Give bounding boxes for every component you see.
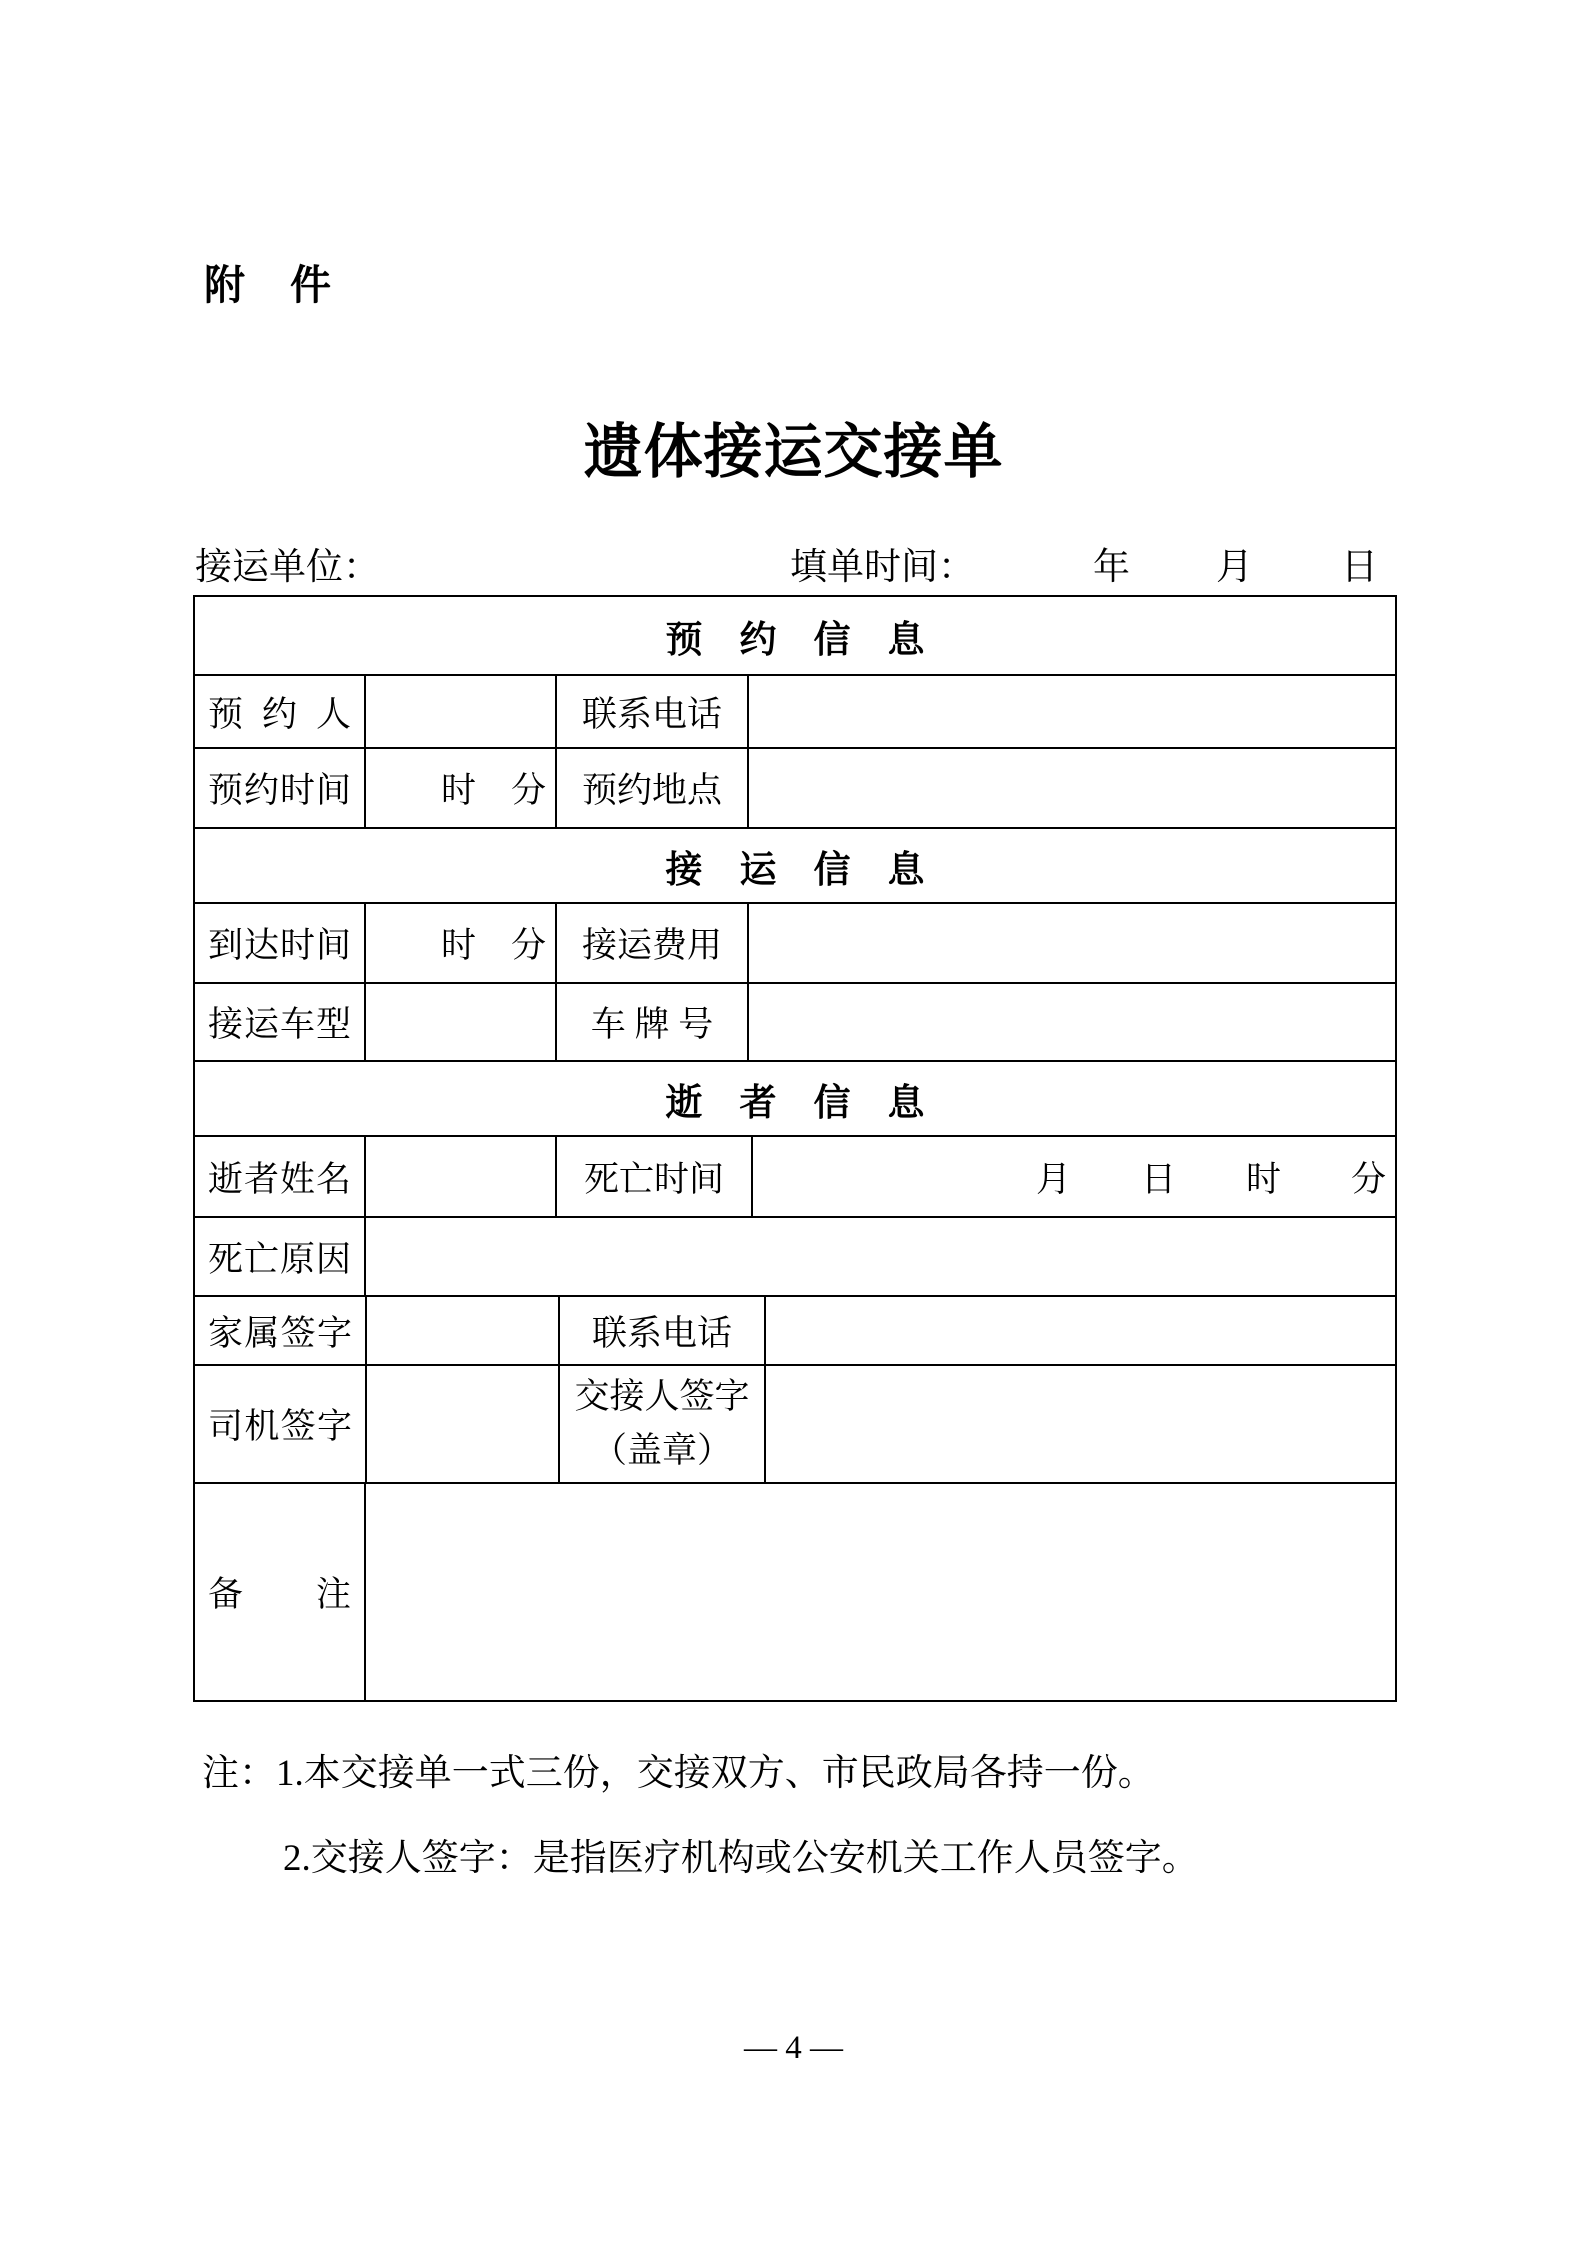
page-title: 遗体接运交接单: [0, 404, 1587, 489]
section-header-deceased: 逝 者 信 息: [195, 1062, 1395, 1135]
year-label: 年: [1093, 536, 1130, 590]
transport-fee-value-cell: [747, 904, 1395, 982]
handover-form-table: 预 约 信 息 预 约 人 联系电话 预约时间 时 分 预约地点 接 运 信 息…: [193, 595, 1397, 1702]
form-meta: 接运单位： 填单时间： 年 月 日: [0, 536, 1587, 588]
remarks-value-cell: [364, 1484, 1395, 1700]
row-booking-person: 预 约 人 联系电话: [195, 674, 1395, 747]
death-cause-value-cell: [364, 1218, 1395, 1295]
deceased-name-label: 逝者姓名: [195, 1152, 364, 1202]
section-row-transport: 接 运 信 息: [195, 827, 1395, 902]
transport-unit-label: 接运单位：: [195, 536, 380, 590]
row-booking-time: 预约时间 时 分 预约地点: [195, 747, 1395, 827]
vehicle-type-value-cell: [364, 984, 555, 1060]
vehicle-type-label-cell: 接运车型: [195, 984, 364, 1060]
section-row-deceased: 逝 者 信 息: [195, 1060, 1395, 1135]
booking-contact-value-cell: [747, 676, 1395, 747]
remarks-label: 备 注: [195, 1567, 364, 1617]
day-label: 日: [1341, 536, 1378, 590]
attachment-label: 附 件: [204, 252, 333, 311]
booking-time-label: 预约时间: [195, 763, 364, 813]
arrival-time-label: 到达时间: [195, 918, 364, 968]
family-phone-value-cell: [764, 1297, 1395, 1364]
booking-place-label: 预约地点: [555, 749, 747, 827]
arrival-time-label-cell: 到达时间: [195, 904, 364, 982]
fill-time-label: 填单时间：: [790, 536, 975, 590]
death-time-label: 死亡时间: [555, 1137, 751, 1216]
plate-number-value-cell: [747, 984, 1395, 1060]
transport-fee-label: 接运费用: [555, 904, 747, 982]
booking-contact-label: 联系电话: [555, 676, 747, 747]
driver-sign-value-cell: [365, 1366, 558, 1482]
row-vehicle-type: 接运车型 车 牌 号: [195, 982, 1395, 1060]
booking-time-label-cell: 预约时间: [195, 749, 364, 827]
driver-sign-label-cell: 司机签字: [195, 1366, 365, 1482]
handover-seal-label: （盖章）: [592, 1424, 732, 1478]
booking-person-label: 预 约 人: [195, 687, 364, 737]
arrival-time-units: 时 分: [366, 918, 555, 968]
vehicle-type-label: 接运车型: [195, 997, 364, 1047]
death-cause-label-cell: 死亡原因: [195, 1218, 364, 1295]
family-sign-label: 家属签字: [195, 1306, 365, 1356]
family-sign-value-cell: [365, 1297, 558, 1364]
deceased-name-value-cell: [364, 1137, 555, 1216]
plate-number-label: 车 牌 号: [555, 984, 747, 1060]
document-page: 附 件 遗体接运交接单 接运单位： 填单时间： 年 月 日 预 约 信 息 预 …: [0, 0, 1587, 2245]
death-cause-label: 死亡原因: [195, 1232, 364, 1282]
row-death-cause: 死亡原因: [195, 1216, 1395, 1295]
booking-place-value-cell: [747, 749, 1395, 827]
row-driver-sign: 司机签字 交接人签字 （盖章）: [195, 1364, 1395, 1482]
section-header-transport: 接 运 信 息: [195, 829, 1395, 902]
arrival-time-value-cell: 时 分: [364, 904, 555, 982]
footnote-line-2: 2.交接人签字：是指医疗机构或公安机关工作人员签字。: [283, 1827, 1199, 1881]
booking-person-value-cell: [364, 676, 555, 747]
section-row-booking: 预 约 信 息: [195, 597, 1395, 674]
booking-time-value-cell: 时 分: [364, 749, 555, 827]
handover-sign-label-cell: 交接人签字 （盖章）: [558, 1366, 764, 1482]
footnote-line-1: 注：1.本交接单一式三份，交接双方、市民政局各持一份。: [202, 1742, 1155, 1796]
death-time-units: 月 日 时 分: [753, 1152, 1395, 1202]
remarks-label-cell: 备 注: [195, 1484, 364, 1700]
page-number: — 4 —: [0, 2030, 1587, 2067]
handover-sign-value-cell: [764, 1366, 1395, 1482]
section-header-booking: 预 约 信 息: [195, 597, 1395, 674]
row-family-sign: 家属签字 联系电话: [195, 1295, 1395, 1364]
booking-time-units: 时 分: [366, 763, 555, 813]
death-time-value-cell: 月 日 时 分: [751, 1137, 1395, 1216]
month-label: 月: [1216, 536, 1253, 590]
row-deceased-name: 逝者姓名 死亡时间 月 日 时 分: [195, 1135, 1395, 1216]
family-sign-label-cell: 家属签字: [195, 1297, 365, 1364]
family-phone-label: 联系电话: [558, 1297, 764, 1364]
row-remarks: 备 注: [195, 1482, 1395, 1700]
handover-sign-label: 交接人签字: [574, 1370, 749, 1424]
booking-person-label-cell: 预 约 人: [195, 676, 364, 747]
deceased-name-label-cell: 逝者姓名: [195, 1137, 364, 1216]
row-arrival-time: 到达时间 时 分 接运费用: [195, 902, 1395, 982]
driver-sign-label: 司机签字: [195, 1399, 365, 1449]
